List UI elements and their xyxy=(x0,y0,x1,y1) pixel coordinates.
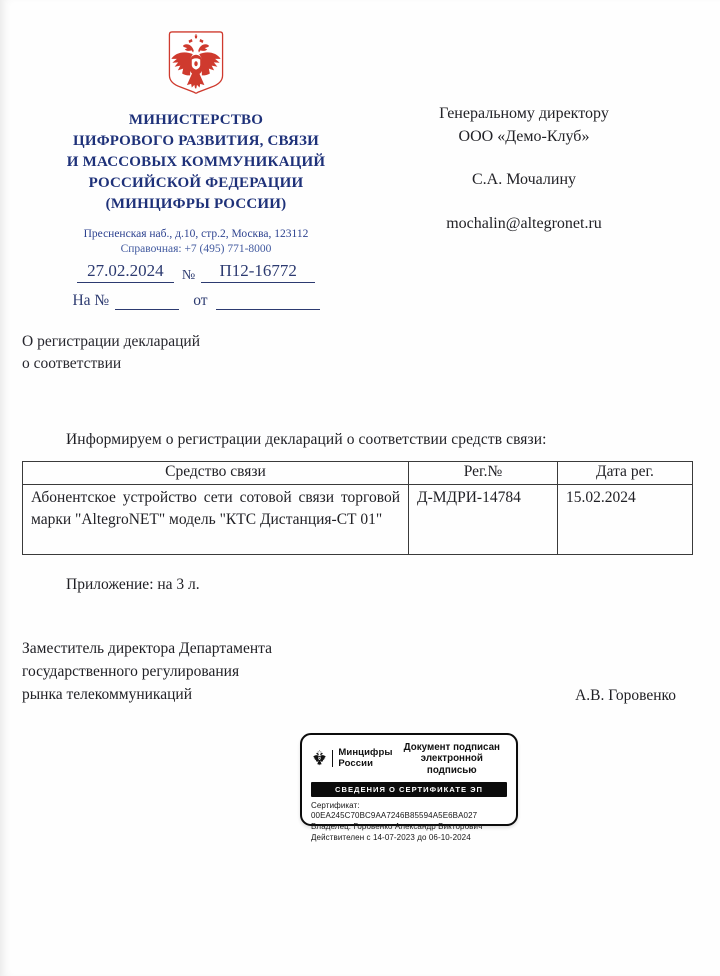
cell-device: Абонентское устройство сети сотовой связ… xyxy=(23,484,409,554)
signer-name: А.В. Горовенко xyxy=(575,687,676,706)
stamp-org-name: Минцифры России xyxy=(338,748,392,769)
stamp-header: Минцифры России Документ подписан электр… xyxy=(311,742,507,777)
certificate-details: Сертификат: 00EA245C70BC9AA7246B85594A5E… xyxy=(311,801,507,844)
attachment-note: Приложение: на 3 л. xyxy=(66,576,692,594)
table-header-row: Средство связи Рег.№ Дата рег. xyxy=(23,461,693,484)
registration-table: Средство связи Рег.№ Дата рег. Абонентск… xyxy=(22,461,693,555)
body-intro: Информируем о регистрации деклараций о с… xyxy=(22,431,692,449)
signer-title-line: государственного регулирования xyxy=(22,660,272,683)
column-header-device: Средство связи xyxy=(23,461,409,484)
stamp-signed-text: Документ подписан электронной подписью xyxy=(393,742,507,777)
outgoing-number: П12-16772 xyxy=(201,261,315,283)
ministry-line: ЦИФРОВОГО РАЗВИТИЯ, СВЯЗИ xyxy=(22,131,370,152)
recipient-name: С.А. Мочалину xyxy=(370,168,678,191)
letter-page: МИНИСТЕРСТВО ЦИФРОВОГО РАЗВИТИЯ, СВЯЗИ И… xyxy=(0,0,720,976)
recipient-email: mochalin@altegronet.ru xyxy=(370,212,678,235)
signature-block: Заместитель директора Департамента госуд… xyxy=(22,637,692,706)
column-header-reg-date: Дата рег. xyxy=(558,461,693,484)
cell-reg-date: 15.02.2024 xyxy=(558,484,693,554)
letterhead: МИНИСТЕРСТВО ЦИФРОВОГО РАЗВИТИЯ, СВЯЗИ И… xyxy=(22,30,370,310)
column-header-reg-number: Рег.№ xyxy=(409,461,558,484)
eagle-icon xyxy=(311,750,328,768)
ministry-line: (МИНЦИФРЫ РОССИИ) xyxy=(22,194,370,215)
reference-row-outgoing: 27.02.2024 № П12-16772 xyxy=(22,261,370,283)
outgoing-date: 27.02.2024 xyxy=(77,261,174,283)
letter-header: МИНИСТЕРСТВО ЦИФРОВОГО РАЗВИТИЯ, СВЯЗИ И… xyxy=(22,30,692,310)
subject-block: О регистрации деклараций о соответствии xyxy=(22,331,282,375)
ministry-line: МИНИСТЕРСТВО xyxy=(22,110,370,131)
certificate-validity: Действителен с 14-07-2023 до 06-10-2024 xyxy=(311,833,507,844)
ministry-name: МИНИСТЕРСТВО ЦИФРОВОГО РАЗВИТИЯ, СВЯЗИ И… xyxy=(22,110,370,215)
cell-reg-number: Д-МДРИ-14784 xyxy=(409,484,558,554)
reference-block: 27.02.2024 № П12-16772 На № от xyxy=(22,261,370,310)
incoming-number-blank xyxy=(115,308,179,310)
recipient-position: Генеральному директору xyxy=(370,102,678,125)
logo-divider xyxy=(332,750,333,767)
stamp-signed-line: электронной подписью xyxy=(397,753,507,776)
recipient-organization: ООО «Демо-Клуб» xyxy=(370,125,678,148)
certificate-owner: Владелец: Горовенко Александр Викторович xyxy=(311,822,507,833)
subject-line: О регистрации деклараций xyxy=(22,331,282,353)
certificate-header-bar: СВЕДЕНИЯ О СЕРТИФИКАТЕ ЭП xyxy=(311,782,507,797)
recipient-block: Генеральному директору ООО «Демо-Клуб» С… xyxy=(370,30,692,310)
ot-label: от xyxy=(179,292,215,310)
number-sign: № xyxy=(174,268,201,284)
ministry-contacts: Пресненская наб., д.10, стр.2, Москва, 1… xyxy=(22,227,370,257)
ministry-line: РОССИЙСКОЙ ФЕДЕРАЦИИ xyxy=(22,173,370,194)
ministry-address: Пресненская наб., д.10, стр.2, Москва, 1… xyxy=(22,227,370,242)
signer-title-line: Заместитель директора Департамента xyxy=(22,637,272,660)
table-row: Абонентское устройство сети сотовой связ… xyxy=(23,484,693,554)
esignature-stamp: Минцифры России Документ подписан электр… xyxy=(300,733,518,826)
signer-title-line: рынка телекоммуникаций xyxy=(22,683,272,706)
ministry-line: И МАССОВЫХ КОММУНИКАЦИЙ xyxy=(22,152,370,173)
signer-title: Заместитель директора Департамента госуд… xyxy=(22,637,272,706)
stamp-signed-line: Документ подписан xyxy=(397,742,507,754)
na-label: На № xyxy=(72,292,115,310)
stamp-org-line: России xyxy=(338,759,392,770)
coat-of-arms-icon xyxy=(163,30,229,100)
incoming-date-blank xyxy=(216,308,320,310)
ministry-phone: Справочная: +7 (495) 771-8000 xyxy=(22,242,370,257)
certificate-number: Сертификат: 00EA245C70BC9AA7246B85594A5E… xyxy=(311,801,507,823)
reference-row-incoming: На № от xyxy=(22,292,370,310)
subject-line: о соответствии xyxy=(22,353,282,375)
mincifry-logo: Минцифры России xyxy=(311,748,393,769)
